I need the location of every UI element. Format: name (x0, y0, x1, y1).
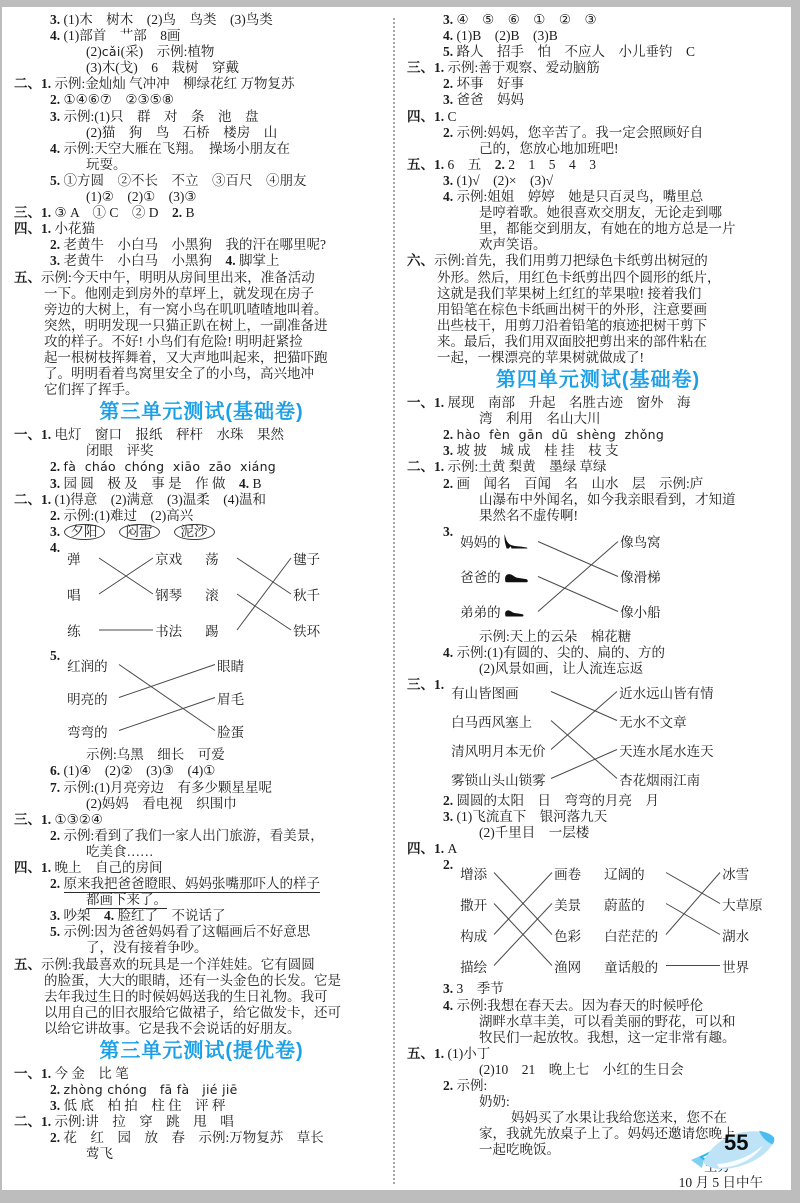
section-heading: 第三单元测试(提优卷) (14, 1038, 389, 1065)
answer-line: 起一根树枝挥舞着，又大声地叫起来，把猫吓跑 (14, 350, 389, 366)
item-number: 3. (50, 253, 64, 268)
item-number: 4. (104, 908, 118, 923)
item-number: 2. (50, 237, 64, 252)
answer-line: 2. fà cháo chóng xiāo zāo xiáng (14, 459, 389, 475)
answer-text: (2)妈妈 看电视 织围巾 (86, 796, 237, 811)
answer-text: 示例:(1)有圆的、尖的、扁的、方的 (457, 645, 666, 660)
answer-line: 它们挥了挥手。 (14, 382, 389, 398)
answer-line: 玩耍。 (14, 157, 389, 173)
answer-line: 闭眼 评奖 (14, 443, 389, 459)
item-number: 一、1. (407, 395, 448, 410)
match-left-item: 有山皆图画 (451, 677, 549, 706)
item-number: 4. (226, 253, 240, 268)
answer-text: 奶奶: (479, 1094, 510, 1109)
answer-text: ①③②④ (55, 812, 103, 827)
answer-line: 3. 园 圆 极 及 事 是 作 做 4. B (14, 476, 389, 492)
match-left-column: 荡滚踢 (205, 540, 235, 648)
answer-line: 欢声笑语。 (407, 237, 789, 253)
item-number: 5. (50, 924, 64, 939)
match-group: 弹唱练京戏钢琴书法 (67, 540, 182, 648)
item-number: 2. (443, 1078, 457, 1093)
match-left-item: 撒开 (460, 888, 492, 919)
item-number: 2. (443, 476, 457, 491)
answer-text: B (186, 205, 195, 220)
item-number: 五、 (14, 270, 41, 285)
answer-text: 闭眼 评奖 (86, 443, 154, 458)
answer-line: 四、1. A (407, 841, 789, 857)
answer-text: 示例:今天中午，明明从房间里出来，准备活动 (41, 270, 315, 285)
answer-text: (1)B (2)B (3)B (457, 28, 558, 43)
answer-text: A (448, 841, 458, 856)
answer-text: 示例:讲 拉 穿 跳 甩 唱 (55, 1114, 234, 1129)
match-left-item: 练 (67, 612, 97, 648)
item-number: 3. (443, 981, 457, 996)
answer-text: 了，没有接着争吵。 (86, 940, 208, 955)
answer-line: 5. 示例:因为爸爸妈妈看了这幅画后不好意思 (14, 924, 389, 940)
match-right-item: 世界 (722, 950, 763, 981)
answer-text: 脸红了 不说话了 (118, 908, 226, 923)
answer-text: 路人 招手 怕 不应人 小儿垂钓 C (457, 44, 696, 59)
circled-word: 夕阳 (64, 524, 105, 541)
item-number: 五、1. (407, 1046, 448, 1061)
item-number: 一、1. (14, 427, 55, 442)
match-group: 妈妈的爸爸的弟弟的像鸟窝像滑梯像小船 (460, 524, 661, 629)
answer-line: 了。明明看着鸟窝里安全了的小鸟，高兴地冲 (14, 366, 389, 382)
match-left-column: 弹唱练 (67, 540, 97, 648)
match-left-label: 爸爸的 (460, 566, 501, 586)
answer-line: 3. 低 底 柏 拍 柱 住 评 秤 (14, 1098, 389, 1114)
answer-text: 园 圆 极 及 事 是 作 做 (64, 476, 240, 491)
answer-text: 示例:我最喜欢的玩具是一个洋娃娃。它有圆圆 (41, 957, 315, 972)
answer-text: 的脸蛋，大大的眼睛，还有一头金色的长发。它是 (44, 973, 341, 988)
answer-line: 奶奶: (407, 1094, 789, 1110)
answer-line: 4. 示例:天空大雁在飞翔。 操场小朋友在 (14, 141, 389, 157)
match-left-item: 辽阔的 (604, 857, 664, 888)
item-number: 二、1. (14, 76, 55, 91)
answer-line: 的脸蛋，大大的眼睛，还有一头金色的长发。它是 (14, 973, 389, 989)
answer-line: 2. ①④⑥⑦ ②③⑤⑧ (14, 92, 389, 108)
match-group: 有山皆图画白马西风塞上清风明月本无价雾锁山头山锁雾近水远山皆有情无水不文章天连水… (451, 677, 714, 793)
answer-text: zhòng chóng fā fà jié jiē (64, 1082, 238, 1097)
answer-text: ①方圆 ②不长 不立 ③百尺 ④朋友 (64, 173, 307, 188)
item-number: 3. (50, 476, 64, 491)
answer-text: C (448, 109, 457, 124)
item-number: 3. (50, 1098, 64, 1113)
answer-line: 都画下来了。 (14, 892, 389, 908)
match-right-item: 杏花烟雨江南 (619, 764, 714, 793)
answer-line: 突然，明明发现一只猫正趴在树上，一副准备进 (14, 318, 389, 334)
leather-shoe-icon (503, 570, 530, 583)
answer-line: 四、1. 小花猫 (14, 221, 389, 237)
item-number: 2. (172, 205, 186, 220)
answer-text: 山瀑布中外闻名，如今我亲眼看到，才知道 (479, 492, 736, 507)
match-right-column: 京戏钢琴书法 (155, 540, 182, 648)
answer-text: 旁边的大树上，有一窝小鸟在叽叽喳喳地叫着。 (44, 302, 328, 317)
answer-line: 3. 坡 披 城 成 桂 挂 枝 支 (407, 443, 789, 459)
answer-line: 7. 示例:(1)月亮旁边 有多少颗星星呢 (14, 780, 389, 796)
answer-line: (2)10 21 晚上七 小红的生日会 (407, 1062, 789, 1078)
match-right-item: 书法 (155, 612, 182, 648)
answer-line: 一下。他刚走到房外的草坪上，就发现在房子 (14, 286, 389, 302)
answer-text: (1)木 树木 (2)鸟 鸟类 (3)鸟类 (64, 12, 273, 27)
item-number: 3. (443, 12, 457, 27)
item-number: 6. (50, 763, 64, 778)
item-number: 2. (443, 427, 457, 442)
answer-line: 五、示例:今天中午，明明从房间里出来，准备活动 (14, 270, 389, 286)
answer-text: 展现 南部 升起 名胜古迹 窗外 海 (448, 395, 691, 410)
scanned-workbook-page: { "page": { "number": "55", "accent_colo… (0, 0, 800, 1203)
match-connector-lines (664, 857, 722, 981)
answer-line: 攻的样子。不好! 小鸟们有危险! 明明赶紧捡 (14, 334, 389, 350)
answer-text: 攻的样子。不好! 小鸟们有危险! 明明赶紧捡 (44, 334, 303, 349)
match-left-item: 红润的 (67, 648, 117, 681)
match-left-column: 妈妈的爸爸的弟弟的 (460, 524, 536, 629)
answer-text: 画 闻名 百闻 名 山水 层 示例:庐 (457, 476, 704, 491)
answer-line: (2)cǎi(采) 示例:植物 (14, 44, 389, 60)
match-right-item: 像小船 (620, 594, 661, 629)
answer-line: 2. 示例:看到了我们一家人出门旅游，看美景， (14, 828, 389, 844)
sneaker-icon (503, 606, 526, 617)
match-left-item: 唱 (67, 576, 97, 612)
answer-text: 吵架 (64, 908, 105, 923)
answer-line: 一起，一棵漂亮的苹果树就做成了! (407, 350, 789, 366)
answer-line: 2. 示例:(1)难过 (2)高兴 (14, 508, 389, 524)
match-left-item: 弹 (67, 540, 97, 576)
answer-text: 吃美食…… (86, 844, 154, 859)
answer-text: 脚掌上 (239, 253, 280, 268)
answer-text: (1)④ (2)② (3)③ (4)① (64, 763, 216, 778)
answer-line: 了，没有接着争吵。 (14, 940, 389, 956)
match-connector-lines (536, 524, 620, 629)
answer-text: ④ ⑤ ⑥ ① ② ③ (457, 12, 597, 27)
answer-text: 示例:(1)难过 (2)高兴 (64, 508, 194, 523)
item-number: 2. (50, 459, 64, 474)
match-left-column: 辽阔的蔚蓝的白茫茫的童话般的 (604, 857, 664, 981)
answer-line: 来。最后，我们用双面胶把剪出来的部件粘在 (407, 334, 789, 350)
answer-text: 晚上 自己的房间 (55, 860, 163, 875)
answer-line: 示例:天上的云朵 棉花糖 (407, 629, 789, 645)
answer-line: 四、1. C (407, 109, 789, 125)
answer-line: 2. 原来我把爸爸瞪眼、妈妈张嘴那吓人的样子 (14, 876, 389, 892)
item-number: 二、1. (14, 1114, 55, 1129)
answer-line: 2. 示例:妈妈，您辛苦了。我一定会照顾好自 (407, 125, 789, 141)
match-left-item: 踢 (205, 612, 235, 648)
answer-line: 莺飞 (14, 1146, 389, 1162)
answer-text: (2)千里目 一层楼 (479, 825, 589, 840)
page-number-badge: 55 (687, 1122, 779, 1176)
answer-line: 4. 示例:姐姐 婷婷 她是只百灵鸟，嘴里总 (407, 189, 789, 205)
match-right-item: 京戏 (155, 540, 182, 576)
answer-text: 里，都能交到朋友，有她在的地方总是一片 (479, 221, 736, 236)
item-number: 2. (443, 76, 457, 91)
match-connector-lines (97, 540, 155, 648)
item-number: 3. (50, 12, 64, 27)
item-number: 3. (443, 173, 457, 188)
answer-text: 原来我把爸爸瞪眼、妈妈张嘴那吓人的样子 (64, 876, 321, 893)
match-right-item: 美景 (554, 888, 581, 919)
answer-line: 3. 3 季节 (407, 981, 789, 997)
item-number: 3. (443, 92, 457, 107)
item-number: 三、1. (14, 205, 55, 220)
answer-text: 示例:天空大雁在飞翔。 操场小朋友在 (64, 141, 291, 156)
answer-line: (2)猫 狗 鸟 石桥 楼房 山 (14, 125, 389, 141)
match-left-label: 弟弟的 (460, 601, 501, 621)
answer-text: ①④⑥⑦ ②③⑤⑧ (64, 92, 174, 107)
match-group: 红润的明亮的弯弯的眼睛眉毛脸蛋 (67, 648, 244, 747)
answer-line: 3. 爸爸 妈妈 (407, 92, 789, 108)
answer-text: 湾 利用 名山大川 (479, 411, 601, 426)
match-left-item: 构成 (460, 919, 492, 950)
answer-text: (2)猫 狗 鸟 石桥 楼房 山 (86, 125, 277, 140)
answer-line: 4. 示例:我想在春天去。因为春天的时候呼伦 (407, 998, 789, 1014)
answer-line: 3. 老黄牛 小白马 小黑狗 4. 脚掌上 (14, 253, 389, 269)
match-left-item: 增添 (460, 857, 492, 888)
answer-text: 小花猫 (55, 221, 96, 236)
match-right-item: 眼睛 (217, 648, 244, 681)
answer-text: (1)② (2)① (3)③ (86, 189, 197, 204)
answer-text: 以给它讲故事。它是我不会说话的好朋友。 (44, 1021, 301, 1036)
item-number: 4. (443, 998, 457, 1013)
answer-text: 示例:天上的云朵 棉花糖 (479, 629, 631, 644)
match-right-column: 像鸟窝像滑梯像小船 (620, 524, 661, 629)
answer-line: (2)风景如画，让人流连忘返 (407, 661, 789, 677)
match-right-item: 大草原 (722, 888, 763, 919)
answer-text: 示例:首先，我们用剪刀把绿色卡纸剪出树冠的 (434, 253, 708, 268)
answer-line: 2. hào fèn gān dū shèng zhǒng (407, 427, 789, 443)
match-group: 荡滚踢毽子秋千铁环 (205, 540, 320, 648)
answer-text: 己的，您放心地加班吧! (479, 141, 619, 156)
match-right-column: 冰雪大草原湖水世界 (722, 857, 763, 981)
answer-text: (3)木(戈) 6 栽树 穿戴 (86, 60, 239, 75)
answer-text: 欢声笑语。 (479, 237, 547, 252)
match-right-column: 近水远山皆有情无水不文章天连水尾水连天杏花烟雨江南 (619, 677, 714, 793)
answer-line: 3. (1)木 树木 (2)鸟 鸟类 (3)鸟类 (14, 12, 389, 28)
rocket-icon (687, 1163, 779, 1180)
answer-line: 湖畔水草丰美，可以看美丽的野花，可以和 (407, 1014, 789, 1030)
answer-line: 三、1. 示例:善于观察、爱动脑筋 (407, 60, 789, 76)
answer-line: 二、1. (1)得意 (2)满意 (3)温柔 (4)温和 (14, 492, 389, 508)
answer-line: 果然名不虚传啊! (407, 508, 789, 524)
match-left-label: 妈妈的 (460, 531, 501, 551)
matching-exercise: 3.妈妈的爸爸的弟弟的像鸟窝像滑梯像小船 (407, 524, 789, 629)
matching-exercise: 4.弹唱练京戏钢琴书法荡滚踢毽子秋千铁环 (14, 540, 389, 648)
answer-line: 3. ④ ⑤ ⑥ ① ② ③ (407, 12, 789, 28)
answer-text: (2)10 21 晚上七 小红的生日会 (479, 1062, 684, 1077)
answer-line: 湾 利用 名山大川 (407, 411, 789, 427)
answer-text: 这就是我们苹果树上红红的苹果啦! 接着我们 (437, 286, 701, 301)
answer-line: 五、示例:我最喜欢的玩具是一个洋娃娃。它有圆圆 (14, 957, 389, 973)
item-number: 4. (50, 141, 64, 156)
answer-text: hào fèn gān dū shèng zhǒng (457, 427, 665, 442)
answer-line: 五、1. 6 五 2. 2 1 5 4 3 (407, 157, 789, 173)
answer-line: (2)千里目 一层楼 (407, 825, 789, 841)
answer-text: 老黄牛 小白马 小黑狗 (64, 253, 226, 268)
answer-line: 示例:乌黑 细长 可爱 (14, 747, 389, 763)
answer-line: 一、1. 今 金 比 笔 (14, 1066, 389, 1082)
match-right-item: 画卷 (554, 857, 581, 888)
answer-line: 五、1. (1)小丁 (407, 1046, 789, 1062)
answer-text: (2) (86, 44, 102, 59)
item-number: 4. (50, 28, 64, 43)
match-right-item: 毽子 (293, 540, 320, 576)
answer-text: 示例:姐姐 婷婷 她是只百灵鸟，嘴里总 (457, 189, 704, 204)
answer-line: 二、1. 示例:金灿灿 气冲冲 柳绿花红 万物复苏 (14, 76, 389, 92)
item-number: 三、1. (14, 812, 55, 827)
match-group: 增添撒开构成描绘画卷美景色彩渔网 (460, 857, 581, 981)
answer-line: 出些枝干，用剪刀沿着铅笔的痕迹把树干剪下 (407, 318, 789, 334)
item-number: 四、1. (14, 860, 55, 875)
answer-line: 4. 示例:(1)有圆的、尖的、扁的、方的 (407, 645, 789, 661)
match-left-item: 蔚蓝的 (604, 888, 664, 919)
answer-text: 低 底 柏 拍 柱 住 评 秤 (64, 1098, 226, 1113)
answer-line: 3. 夕阳闷雷泥沙 (14, 524, 389, 541)
answer-line: 三、1. ③ A ① C ② D 2. B (14, 205, 389, 221)
item-number: 五、1. (407, 157, 448, 172)
match-connector-lines (117, 648, 217, 747)
answer-line: 3. (1)飞流直下 银河落九天 (407, 809, 789, 825)
match-left-item: 雾锁山头山锁雾 (451, 764, 549, 793)
answer-line: 用铅笔在棕色卡纸画出树干的外形，注意要画 (407, 302, 789, 318)
answer-line: 六、示例:首先，我们用剪刀把绿色卡纸剪出树冠的 (407, 253, 789, 269)
answer-line: 2. 圆圆的太阳 日 弯弯的月亮 月 (407, 793, 789, 809)
item-number: 三、1. (407, 60, 448, 75)
high-heel-shoe-icon (503, 533, 529, 549)
answer-text: 老黄牛 小白马 小黑狗 我的汗在哪里呢? (64, 237, 327, 252)
item-number: 2. (495, 157, 509, 172)
item-number: 四、1. (407, 109, 448, 124)
item-number: 5. (50, 648, 60, 664)
answer-line: 4. (1)部首 艹部 8画 (14, 28, 389, 44)
item-number: 2. (50, 876, 64, 891)
answer-text: 湖畔水草丰美，可以看美丽的野花，可以和 (479, 1014, 736, 1029)
match-left-item: 童话般的 (604, 950, 664, 981)
match-right-column: 毽子秋千铁环 (293, 540, 320, 648)
answer-text: 示例:(1)月亮旁边 有多少颗星星呢 (64, 780, 273, 795)
answer-line: 4. (1)B (2)B (3)B (407, 28, 789, 44)
match-right-item: 湖水 (722, 919, 763, 950)
answer-line: 5. 路人 招手 怕 不应人 小儿垂钓 C (407, 44, 789, 60)
item-number: 7. (50, 780, 64, 795)
answer-text: 去年我过生日的时候妈妈送我的生日礼物。我可 (44, 989, 328, 1004)
answer-line: 2. 坏事 好事 (407, 76, 789, 92)
answer-line: 3. 吵架 4. 脸红了 不说话了 (14, 908, 389, 924)
item-number: 2. (50, 508, 64, 523)
answer-text: 玩耍。 (86, 157, 127, 172)
match-connector-lines (549, 677, 619, 793)
answer-line: (2)妈妈 看电视 织围巾 (14, 796, 389, 812)
answer-line: 己的，您放心地加班吧! (407, 141, 789, 157)
match-left-item: 荡 (205, 540, 235, 576)
left-column: 3. (1)木 树木 (2)鸟 鸟类 (3)鸟类4. (1)部首 艹部 8画(2… (2, 12, 393, 1190)
item-number: 2. (50, 1082, 64, 1097)
match-right-item: 色彩 (554, 919, 581, 950)
answer-line: 2. 花 红 园 放 春 示例:万物复苏 草长 (14, 1130, 389, 1146)
item-number: 4. (50, 540, 60, 556)
answer-text: (1)√ (2)× (3)√ (457, 173, 554, 188)
item-number: 三、1. (407, 677, 444, 693)
match-right-item: 近水远山皆有情 (619, 677, 714, 706)
item-number: 六、 (407, 253, 434, 268)
answer-text: 示例:妈妈，您辛苦了。我一定会照顾好自 (457, 125, 704, 140)
answer-line: 是哼着歌。她很喜欢交朋友，无论走到哪 (407, 205, 789, 221)
answer-line: 3. (1)√ (2)× (3)√ (407, 173, 789, 189)
item-number: 二、1. (407, 459, 448, 474)
answer-text: 来。最后，我们用双面胶把剪出来的部件粘在 (437, 334, 707, 349)
answer-text: 2 1 5 4 3 (508, 157, 596, 172)
answer-text: 圆圆的太阳 日 弯弯的月亮 月 (457, 793, 660, 808)
match-right-item: 钢琴 (155, 576, 182, 612)
item-number: 4. (443, 189, 457, 204)
item-number: 4. (239, 476, 253, 491)
answer-line: 2. 画 闻名 百闻 名 山水 层 示例:庐 (407, 476, 789, 492)
answer-line: 里，都能交到朋友，有她在的地方总是一片 (407, 221, 789, 237)
answer-line: 去年我过生日的时候妈妈送我的生日礼物。我可 (14, 989, 389, 1005)
answer-line: 2. 示例: (407, 1078, 789, 1094)
answer-text: 了。明明看着鸟窝里安全了的小鸟，高兴地冲 (44, 366, 314, 381)
match-left-item: 爸爸的 (460, 559, 536, 594)
item-number: 2. (50, 828, 64, 843)
match-left-column: 红润的明亮的弯弯的 (67, 648, 117, 747)
matching-exercise: 2.增添撒开构成描绘画卷美景色彩渔网辽阔的蔚蓝的白茫茫的童话般的冰雪大草原湖水世… (407, 857, 789, 981)
answer-text: ③ A ① C ② D (55, 205, 173, 220)
match-connector-lines (235, 540, 293, 648)
answer-line: 以给它讲故事。它是我不会说话的好朋友。 (14, 1021, 389, 1037)
right-column: 3. ④ ⑤ ⑥ ① ② ③4. (1)B (2)B (3)B5. 路人 招手 … (395, 12, 791, 1190)
answer-text: 一下。他刚走到房外的草坪上，就发现在房子 (44, 286, 314, 301)
match-right-item: 无水不文章 (619, 706, 714, 735)
match-left-item: 弯弯的 (67, 714, 117, 747)
item-number: 5. (443, 44, 457, 59)
item-number: 2. (443, 793, 457, 808)
answer-text: cǎi (102, 44, 121, 59)
answer-text: 示例:因为爸爸妈妈看了这幅画后不好意思 (64, 924, 311, 939)
answer-text: fà cháo chóng xiāo zāo xiáng (64, 459, 277, 474)
match-left-item: 清风明月本无价 (451, 735, 549, 764)
answer-text: 以用自己的旧衣服给它做裙子，给它做发卡，还可 (44, 1005, 341, 1020)
item-number: 五、 (14, 957, 41, 972)
answer-text: 今 金 比 笔 (55, 1066, 129, 1081)
item-number: 3. (443, 524, 453, 540)
answer-line: 旁边的大树上，有一窝小鸟在叽叽喳喳地叫着。 (14, 302, 389, 318)
answer-text: 示例: (457, 1078, 488, 1093)
answer-line: 这就是我们苹果树上红红的苹果啦! 接着我们 (407, 286, 789, 302)
answer-text: 示例:(1)只 群 对 条 池 盘 (64, 109, 259, 124)
answer-text: 坏事 好事 (457, 76, 525, 91)
match-left-column: 增添撒开构成描绘 (460, 857, 492, 981)
answer-text: 示例:看到了我们一家人出门旅游，看美景， (64, 828, 324, 843)
answer-line: (3)木(戈) 6 栽树 穿戴 (14, 60, 389, 76)
answer-text: 它们挥了挥手。 (44, 382, 139, 397)
answer-line: 2. zhòng chóng fā fà jié jiē (14, 1082, 389, 1098)
answer-text: (1)得意 (2)满意 (3)温柔 (4)温和 (55, 492, 266, 507)
matching-exercise: 5.红润的明亮的弯弯的眼睛眉毛脸蛋 (14, 648, 389, 747)
answer-line: 牧民们一起放牧。我想，这一定非常有趣。 (407, 1030, 789, 1046)
answer-line: 二、1. 示例:土黄 梨黄 墨绿 草绿 (407, 459, 789, 475)
answer-line: 一、1. 电灯 窗口 报纸 秤杆 水珠 果然 (14, 427, 389, 443)
answer-text: 果然名不虚传啊! (479, 508, 578, 523)
match-group: 辽阔的蔚蓝的白茫茫的童话般的冰雪大草原湖水世界 (604, 857, 763, 981)
answer-text: (2)风景如画，让人流连忘返 (479, 661, 643, 676)
match-right-item: 天连水尾水连天 (619, 735, 714, 764)
answer-text: 示例:善于观察、爱动脑筋 (448, 60, 600, 75)
answer-line: 吃美食…… (14, 844, 389, 860)
match-right-item: 脸蛋 (217, 714, 244, 747)
answer-text: (1)小丁 (448, 1046, 491, 1061)
answer-text: 一起吃晚饭。 (479, 1142, 560, 1157)
item-number: 4. (443, 645, 457, 660)
item-number: 3. (443, 443, 457, 458)
match-left-item: 滚 (205, 576, 235, 612)
